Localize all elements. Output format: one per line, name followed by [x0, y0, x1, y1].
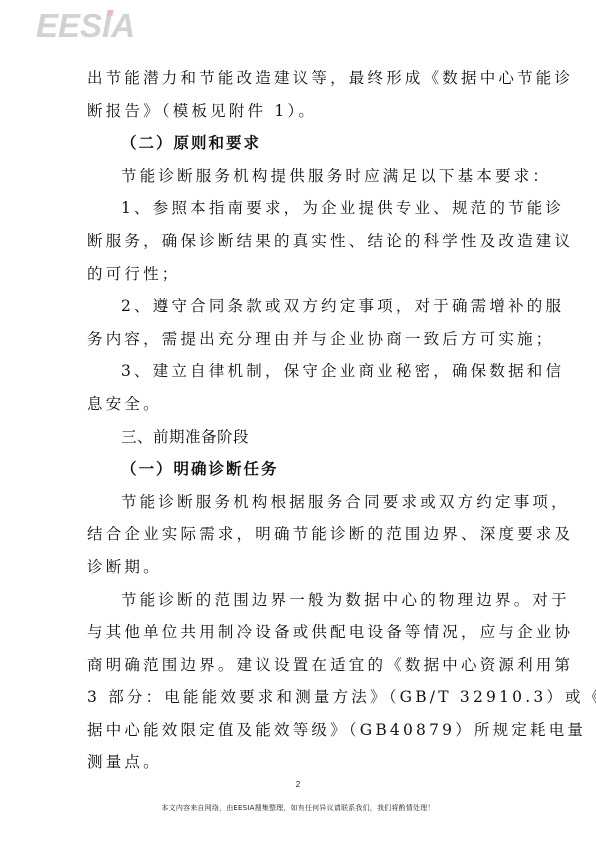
eesia-logo: EESIA — [36, 6, 135, 46]
paragraph-line: 出节能潜力和节能改造建议等，最终形成《数据中心节能诊 — [87, 62, 507, 95]
task-paragraph-2-line: 据中心能效限定值及能效等级》（GB40879）所规定耗电量 — [87, 714, 507, 747]
requirement-item-3-line: 息安全。 — [87, 388, 507, 421]
requirement-item-1-line: 断服务，确保诊断结果的真实性、结论的科学性及改造建议 — [87, 225, 507, 258]
task-paragraph-2-line: 3 部分：电能能效要求和测量方法》（GB/T 32910.3）或《数 — [87, 681, 507, 714]
task-paragraph-1-line: 节能诊断服务机构根据服务合同要求或双方约定事项， — [87, 486, 507, 519]
paragraph-line: 断报告》（模板见附件 1）。 — [87, 95, 507, 128]
task-paragraph-2-line: 测量点。 — [87, 746, 507, 779]
subsection-heading-task: （一）明确诊断任务 — [87, 453, 507, 486]
task-paragraph-2-line: 节能诊断的范围边界一般为数据中心的物理边界。对于 — [87, 584, 507, 617]
requirement-item-2-line: 2、遵守合同条款或双方约定事项，对于确需增补的服 — [87, 290, 507, 323]
logo-i-accent: I — [102, 6, 111, 46]
task-paragraph-2-line: 与其他单位共用制冷设备或供配电设备等情况，应与企业协 — [87, 616, 507, 649]
section-heading-principles: （二）原则和要求 — [87, 127, 507, 160]
logo-text: EES — [36, 7, 102, 44]
requirement-item-1-line: 的可行性； — [87, 258, 507, 291]
footer-disclaimer: 本文内容来自网络，由EESIA搜集整理，如有任何异议请联系我们，我们将酌情处理！ — [0, 803, 596, 813]
requirement-item-1-line: 1、参照本指南要求，为企业提供专业、规范的节能诊 — [87, 192, 507, 225]
document-body: 出节能潜力和节能改造建议等，最终形成《数据中心节能诊 断报告》（模板见附件 1）… — [87, 62, 507, 779]
requirement-item-3-line: 3、建立自律机制，保守企业商业秘密，确保数据和信 — [87, 355, 507, 388]
section-heading-preparation: 三、前期准备阶段 — [87, 421, 507, 454]
logo-text-end: A — [111, 7, 135, 44]
task-paragraph-2-line: 商明确范围边界。建议设置在适宜的《数据中心资源利用第 — [87, 649, 507, 682]
page-number: 2 — [0, 780, 596, 789]
requirement-item-2-line: 务内容，需提出充分理由并与企业协商一致后方可实施； — [87, 323, 507, 356]
principles-intro: 节能诊断服务机构提供服务时应满足以下基本要求： — [87, 160, 507, 193]
task-paragraph-1-line: 结合企业实际需求，明确节能诊断的范围边界、深度要求及 — [87, 518, 507, 551]
task-paragraph-1-line: 诊断期。 — [87, 551, 507, 584]
